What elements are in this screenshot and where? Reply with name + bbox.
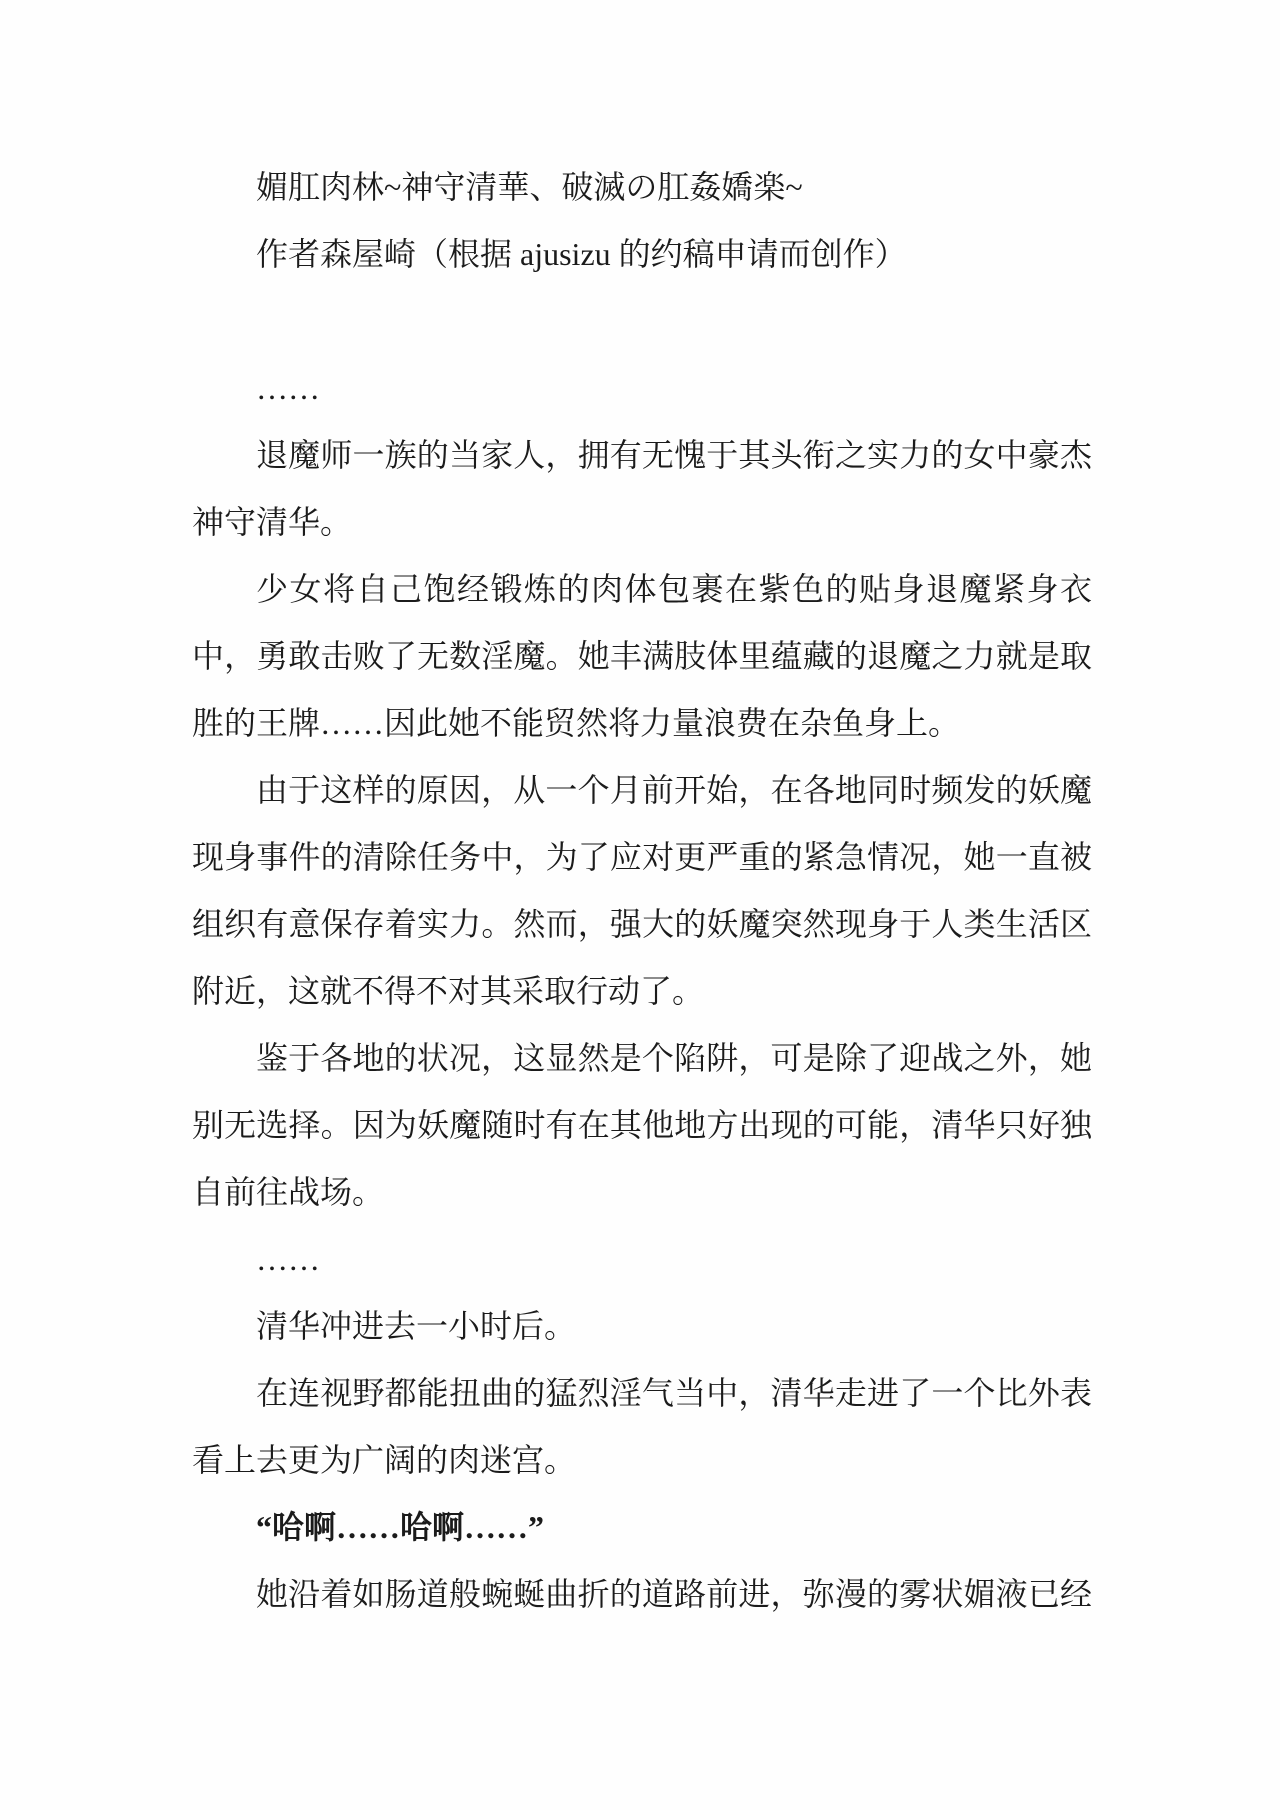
ellipsis-line: …… [192, 355, 1092, 422]
body-line: 她沿着如肠道般蜿蜒曲折的道路前进，弥漫的雾状媚液已经 [192, 1561, 1092, 1628]
body-line: 少女将自己饱经锻炼的肉体包裹在紫色的贴身退魔紧身衣 [192, 556, 1092, 623]
body-line: 在连视野都能扭曲的猛烈淫气当中，清华走进了一个比外表 [192, 1360, 1092, 1427]
body-line: 胜的王牌……因此她不能贸然将力量浪费在杂鱼身上。 [192, 690, 1092, 757]
dialogue-line: “哈啊……哈啊……” [192, 1494, 1092, 1561]
body-line: 附近，这就不得不对其采取行动了。 [192, 958, 1092, 1025]
document-title: 媚肛肉林~神守清華、破滅の肛姦嬌楽~ [192, 154, 1092, 221]
body-line: 鉴于各地的状况，这显然是个陷阱，可是除了迎战之外，她 [192, 1025, 1092, 1092]
text-block: 媚肛肉林~神守清華、破滅の肛姦嬌楽~作者森屋崎（根据 ajusizu 的约稿申请… [192, 154, 1092, 1628]
body-line: 中，勇敢击败了无数淫魔。她丰满肢体里蕴藏的退魔之力就是取 [192, 623, 1092, 690]
body-line: 清华冲进去一小时后。 [192, 1293, 1092, 1360]
body-line: 退魔师一族的当家人，拥有无愧于其头衔之实力的女中豪杰 [192, 422, 1092, 489]
body-line: 自前往战场。 [192, 1159, 1092, 1226]
author-line: 作者森屋崎（根据 ajusizu 的约稿申请而创作） [192, 221, 1092, 288]
body-line: 由于这样的原因，从一个月前开始，在各地同时频发的妖魔 [192, 757, 1092, 824]
body-line: 神守清华。 [192, 489, 1092, 556]
blank-line [192, 288, 1092, 355]
ellipsis-line: …… [192, 1226, 1092, 1293]
body-line: 组织有意保存着实力。然而，强大的妖魔突然现身于人类生活区 [192, 891, 1092, 958]
body-line: 看上去更为广阔的肉迷宫。 [192, 1427, 1092, 1494]
body-line: 别无选择。因为妖魔随时有在其他地方出现的可能，清华只好独 [192, 1092, 1092, 1159]
document-page: 媚肛肉林~神守清華、破滅の肛姦嬌楽~作者森屋崎（根据 ajusizu 的约稿申请… [0, 0, 1280, 1810]
body-line: 现身事件的清除任务中，为了应对更严重的紧急情况，她一直被 [192, 824, 1092, 891]
